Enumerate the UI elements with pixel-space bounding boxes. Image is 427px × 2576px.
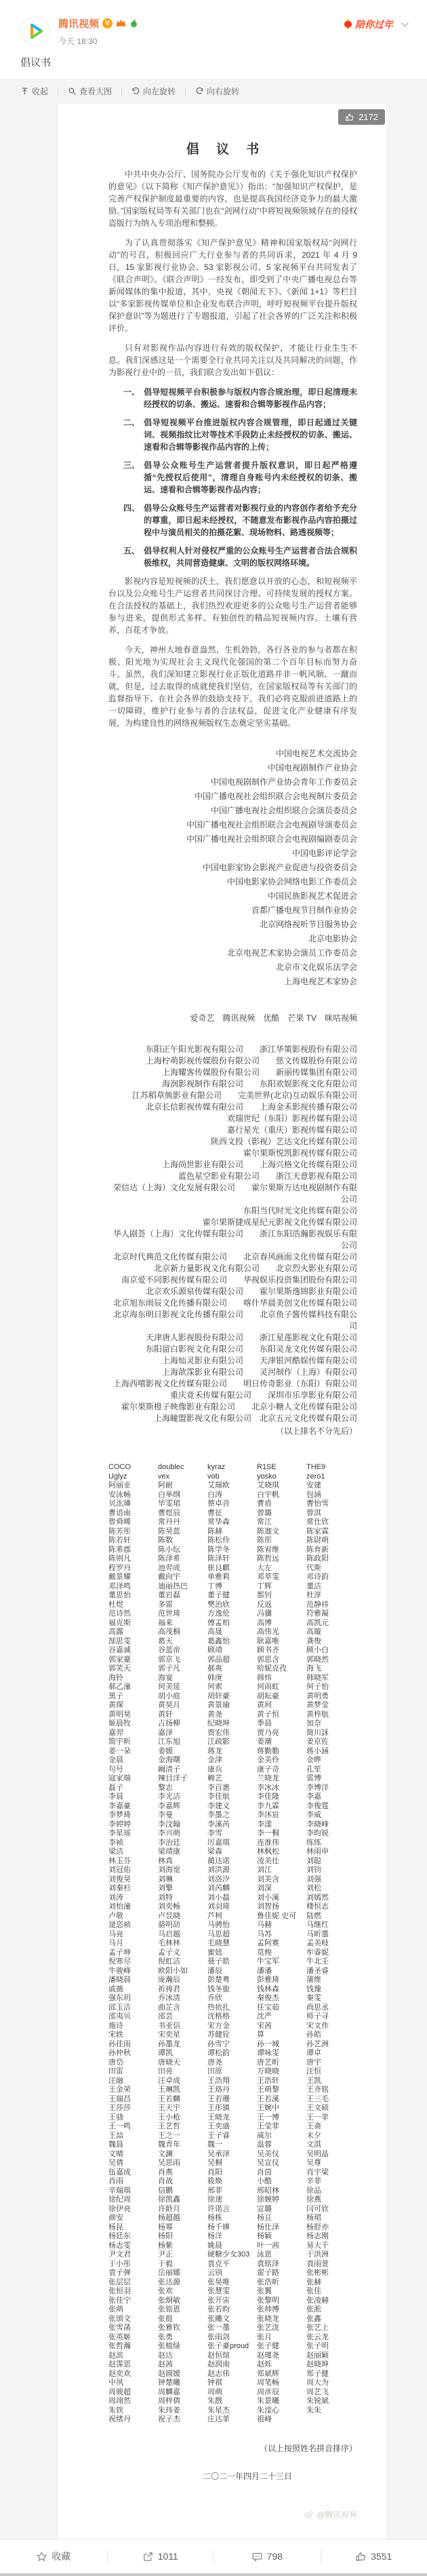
artist-name: 张月 xyxy=(257,2333,306,2343)
artist-name: 马亮 xyxy=(108,1930,158,1940)
thumb-up-icon xyxy=(355,2551,367,2562)
artist-name: 陈赫 xyxy=(207,1527,257,1537)
artist-name: 张英姬 xyxy=(108,2333,158,2343)
artist-name: 刘奕畅 xyxy=(158,1902,207,1912)
letter-page: 倡 议 书 中共中央办公厅、国务院办公厅发布的《关于强化知识产权保护的意见》（以… xyxy=(58,104,386,2539)
artist-name: 吴美仪 xyxy=(257,2150,306,2160)
artist-name: 李建义 xyxy=(207,1802,257,1812)
artist-name: 尹文君 xyxy=(108,2250,158,2260)
company-name-line: 霍尔果斯悦凯影视传媒有限公司 xyxy=(108,1148,357,1159)
artist-name: 岳丽娜 xyxy=(158,2269,207,2278)
artist-name: 林真 xyxy=(158,1857,207,1867)
artist-name: 海飞 xyxy=(306,1664,356,1674)
artist-name: 辣目洋子 xyxy=(158,1774,207,1784)
artist-name: 王莹菲 xyxy=(257,2122,306,2132)
artist-name: 赵圆媛 xyxy=(158,2370,207,2379)
company-name-line: 重庆竟禾传媒有限公司 深圳市乐享影业有限公司 xyxy=(108,1390,357,1401)
artist-name: 魏青年 xyxy=(158,2141,207,2150)
artist-name: 于洪洲 xyxy=(306,2250,356,2260)
toolbar-divider xyxy=(185,87,186,96)
toolbar-divider xyxy=(121,87,122,96)
artist-name: 刘钧 xyxy=(306,1866,356,1875)
artist-name: 许诺言 xyxy=(207,2205,257,2214)
artist-name: 蔡卓音 xyxy=(207,1500,257,1509)
artist-name: 高凯元 xyxy=(306,1619,356,1628)
artist-name: 辛瑞琪 xyxy=(108,2187,158,2196)
artist-name: 周彦辰 xyxy=(257,2388,306,2398)
association-name: 北京市文化娱乐法学会 xyxy=(108,960,357,975)
artist-name: 冯骥 xyxy=(257,1609,306,1619)
artist-name: 钟祺 xyxy=(207,2379,257,2388)
artist-name: 张艺上 xyxy=(306,2324,356,2333)
artist-name: 都钊 xyxy=(257,1591,306,1601)
artist-name: 樊治欣 xyxy=(207,1601,257,1610)
artist-name: 张彬彬 xyxy=(306,2269,356,2278)
artist-name: 高露 xyxy=(108,1628,158,1637)
artist-name: 郭京飞 xyxy=(158,1656,207,1665)
artist-name: 朱星杰 xyxy=(207,2406,257,2416)
artist-name: 邱玉洁 xyxy=(108,2004,158,2013)
artist-name: 温蓉 xyxy=(257,2141,306,2150)
artist-name-grid: COCOdoubleckyrazR1SETHE9Uglyzvexvobyosko… xyxy=(108,1463,357,2425)
artist-name: 未夕 xyxy=(306,2132,356,2141)
artist-name: 赵润南 xyxy=(207,2360,257,2370)
artist-name: 钟楚曦 xyxy=(158,2379,207,2388)
artist-name: 顾小白 xyxy=(306,1646,356,1656)
artist-name: 陈数 xyxy=(158,1536,207,1546)
artist-name: 陈彤 xyxy=(257,1536,306,1546)
artist-name: 王婉中 xyxy=(257,2104,306,2113)
artist-name: 大左 xyxy=(257,1564,306,1574)
artist-name: 刘洛汐 xyxy=(207,1875,257,1885)
image-stage: 收起 查看大图 向左旋转 向右旋转 2172 xyxy=(0,79,427,2539)
letter-items: 一、倡导短视频平台积极参与版权内容合规治理，即日起清理未经授权的切条、搬运、速看… xyxy=(108,386,357,569)
artist-name: 张佳 xyxy=(306,2287,356,2297)
letter-item: 四、倡导公众账号生产运营者对影视行业的内容创作者给予充分的尊重，即日起未经授权，… xyxy=(108,502,357,539)
artist-name: 翟子路 xyxy=(257,2269,306,2278)
artist-name: 彭雅琦 xyxy=(257,1976,306,1985)
association-name: 中国广播电视社会组织联合会演员委员会 xyxy=(108,804,357,818)
company-name-line: 陕西文投（影视）艺达文化传媒有限公司 xyxy=(108,1136,357,1148)
artist-name: 肖战 xyxy=(158,2177,207,2187)
artist-name: 施诗 xyxy=(108,2022,158,2031)
repost-button[interactable]: 1011 xyxy=(107,2540,214,2573)
artist-name: 秦雯 xyxy=(306,1994,356,2004)
artist-name: 谷蓝帝 xyxy=(158,1646,207,1656)
letter-paragraphs-bottom: 影视内容是短视频的沃土，我们愿意以开放的心态，和短视频平台以及公众账号生产运营者… xyxy=(108,575,357,729)
letter-item-number: 五、 xyxy=(123,545,140,557)
letter-paragraph: 只有对影视作品内容进行有效的版权保护，才能让行业生生不息。我们深感这是一个需要全… xyxy=(108,342,357,378)
artist-name: 杨志刚 xyxy=(306,2232,356,2242)
artist-name: 孔笙 xyxy=(306,1765,356,1775)
platform-list: 爱奇艺 腾讯视频 优酷 芒果 TV 咪咕视频 xyxy=(108,1012,357,1023)
green-badge-icon xyxy=(129,19,138,28)
artist-name: 黄琛 xyxy=(108,1701,158,1711)
artist-name: 江疏影 xyxy=(207,1738,257,1747)
artist-name: 秦俊杰 xyxy=(257,1994,306,2004)
association-name: 中国电视剧制作产业协会 xyxy=(108,761,357,775)
artist-name: 吴倩 xyxy=(108,2159,158,2168)
artist-name: 戴景耀 xyxy=(108,1573,158,1582)
page-edge-strip xyxy=(0,2573,427,2576)
artist-name: 句号 xyxy=(108,1765,158,1775)
artist-name: 朱玮姜 xyxy=(158,2406,207,2416)
artist-name: 李佳隆 xyxy=(257,1793,306,1802)
artist-name: 简川訸 xyxy=(306,1729,356,1738)
rotate-right-button[interactable]: 向右旋转 xyxy=(195,85,239,97)
artist-name: 王小枪 xyxy=(158,2113,207,2123)
artist-name: zero1 xyxy=(306,1472,356,1482)
artist-name: 刘擎 xyxy=(158,1884,207,1894)
artist-name: 毛晓慧 xyxy=(207,1939,257,1949)
artist-name: 陈泽轩 xyxy=(207,1555,257,1564)
artist-name: 孟子坤 xyxy=(108,1949,158,1958)
artist-name: 徐速 xyxy=(207,2196,257,2205)
author-name[interactable]: 腾讯视频 xyxy=(58,16,99,31)
artist-name: 杜淳 xyxy=(306,1591,356,1601)
artist-name: 陈育新 xyxy=(306,1546,356,1555)
artist-name: 林雨申 xyxy=(306,1848,356,1857)
artist-name: 唐尧 xyxy=(207,2058,257,2068)
artist-name: 孙一城 xyxy=(257,2040,306,2050)
artist-name: 吴尊 xyxy=(306,2159,356,2168)
artist-name: 迪丽热巴 xyxy=(158,1582,207,1592)
artist-name: 张昊唯 xyxy=(207,2278,257,2288)
artist-name: 颜安 xyxy=(108,2214,158,2223)
artist-name: 张萌 xyxy=(108,2305,158,2315)
association-name: 中国民族影视艺术促进会 xyxy=(108,889,357,903)
artist-name: 卢昱晓 xyxy=(158,1912,207,1921)
artist-name: 文淇 xyxy=(306,2141,356,2150)
artist-name: 张恒羽 xyxy=(108,2287,158,2297)
artist-name: 吴思雨 xyxy=(158,2159,207,2168)
view-large-button[interactable]: 查看大图 xyxy=(68,85,112,97)
artist-name: 张凌赫 xyxy=(306,2297,356,2306)
chevron-down-icon[interactable] xyxy=(400,19,409,31)
artist-name: 孙艺洲 xyxy=(306,2040,356,2050)
artist-name: 毕雯珺 xyxy=(158,1500,207,1509)
artist-name: 文澜 xyxy=(158,2150,207,2160)
artist-name: 杨志雯 xyxy=(108,2242,158,2251)
artist-name: 李祯 xyxy=(108,1839,158,1848)
artist-name: 汪卓成 xyxy=(158,2077,207,2086)
artist-name: 赵晓坤 xyxy=(306,2360,356,2370)
artist-name: 蒋小涵 xyxy=(306,1747,356,1757)
artist-name: 李墨之 xyxy=(207,1811,257,1820)
artist-name: 海铃 xyxy=(108,1674,158,1683)
artist-name: 曲芷含 xyxy=(158,2004,207,2013)
company-name-line: 上海耀客传媒股份有限公司 新丽传媒集团有限公司 xyxy=(108,1067,357,1078)
artist-name: 董子健 xyxy=(207,1591,257,1601)
artist-name: 黄昊月 xyxy=(158,1701,207,1711)
artist-name: 强东玥 xyxy=(108,1994,158,2004)
artist-name: 信鹏 xyxy=(158,2187,207,2196)
company-name-line: 欢瑞世纪（东阳）影视传媒有限公司 xyxy=(108,1113,357,1125)
artist-name: 刘俊昊 xyxy=(108,1875,158,1885)
companies-note: （以上排名不分先后） xyxy=(108,1426,357,1437)
artist-name: 刘松 xyxy=(306,1884,356,1894)
artist-name: 王珞丹 xyxy=(207,2086,257,2095)
artist-name: 简宇昕 xyxy=(108,1738,158,1747)
artist-name: 于小彤 xyxy=(108,2260,158,2269)
artist-name: 张铭恩 xyxy=(158,2305,207,2315)
artist-name: 杨超越 xyxy=(158,2214,207,2223)
artist-name: 姜一朵 xyxy=(108,1747,158,1757)
watermark: @腾讯视频 xyxy=(108,2509,357,2520)
promo-badge[interactable]: 陪你过年 xyxy=(343,18,393,31)
favorite-button[interactable]: 收藏 xyxy=(0,2540,107,2573)
artist-name: 加奈 xyxy=(306,1719,356,1729)
artist-name: 李光洁 xyxy=(158,1793,207,1802)
artist-name: 王若麟 xyxy=(158,2095,207,2105)
artist-name: 邢菲 xyxy=(207,2187,257,2196)
artist-name: 算 xyxy=(257,2031,306,2040)
artist-name: 陈家霖 xyxy=(306,1527,356,1537)
artist-name: 曹征 xyxy=(207,1509,257,1519)
artist-name: 包涵 xyxy=(306,1491,356,1500)
company-list: 东阳正午阳光影视有限公司 浙江华策影视股份有限公司上海柠萌影视传媒股份有限公司 … xyxy=(108,1044,357,1424)
artist-name: 邓泽鸣 xyxy=(108,1582,158,1592)
artist-name: 赖艺 xyxy=(207,1774,257,1784)
artist-name: 邓诗韵 xyxy=(306,1573,356,1582)
artist-name: 高博 xyxy=(257,1619,306,1628)
like-button[interactable]: 3551 xyxy=(321,2540,427,2573)
artist-name: 林玉芬 xyxy=(108,1857,158,1867)
artist-name: 唐晓天 xyxy=(158,2058,207,2068)
artist-name: 孟阿赛 xyxy=(257,1939,306,1949)
artist-name: 何子怡 xyxy=(306,1683,356,1692)
rotate-left-button[interactable]: 向左旋转 xyxy=(131,85,176,97)
artist-name: 吴明晶 xyxy=(306,2150,356,2160)
artist-name: 杨颖 xyxy=(257,2232,306,2242)
artist-name: 白举纲 xyxy=(158,1491,207,1500)
letter-item: 三、倡导公众账号生产运营者提升版权意识，即日起严格遵循“先授权后使用”，清理自身… xyxy=(108,459,357,496)
post-text: 倡议书 xyxy=(0,47,427,79)
artist-name: 黄子恒 xyxy=(257,1711,306,1720)
artist-name: 张淞 xyxy=(306,2305,356,2315)
artist-name: 杨幂 xyxy=(158,2223,207,2233)
artist-name: 王骁 xyxy=(108,2113,158,2123)
artist-name: 宋茜 xyxy=(257,2022,306,2031)
artist-name: 嘉泽 xyxy=(158,1729,207,1738)
letter-paragraph: 为了认真贯彻落实《知产保护意见》精神和国家版权局“剑网行动”的号召，积极回应广大… xyxy=(108,237,357,334)
association-name: 中国电影家协会影视产业促进与投资委员会 xyxy=(108,861,357,875)
artist-name: 魏晨 xyxy=(108,2141,158,2150)
artist-name: 孟子义 xyxy=(158,1949,207,1958)
artist-name: 常丹丹 xyxy=(158,1518,207,1527)
image-like-pill[interactable]: 2172 xyxy=(338,109,385,125)
artist-name: 陈昊蓝 xyxy=(158,1527,207,1537)
artist-name: 任宝茹 xyxy=(257,2004,306,2013)
artist-name: 赵奕欢 xyxy=(108,2370,158,2379)
artist-name: 高茂桐 xyxy=(158,1628,207,1637)
artist-name: 李博洋 xyxy=(306,1784,356,1793)
artist-name: 刘江 xyxy=(257,1866,306,1875)
artist-name: 杨昆 xyxy=(108,2223,158,2233)
artist-name: 何索 xyxy=(207,1683,257,1692)
artist-name: 乔欣 xyxy=(207,1994,257,2004)
artist-name: 常江 xyxy=(257,1518,306,1527)
artist-name: 张雅钦 xyxy=(158,2324,207,2333)
letter-date: 二〇二一年四月二十三日 xyxy=(108,2470,357,2482)
artist-name: 高晟 xyxy=(207,1628,257,1637)
artist-name: 杨舒亦 xyxy=(306,2223,356,2233)
association-name: 上海电视艺术家协会 xyxy=(108,975,357,989)
repost-count: 1011 xyxy=(158,2551,178,2562)
weibo-logo-icon xyxy=(304,2510,314,2518)
thumb-up-icon xyxy=(345,113,354,122)
artist-name: 张晓龙 xyxy=(257,2315,306,2324)
artist-name: 彭楚粤 xyxy=(207,1976,257,1985)
artist-name: 刘怡潼 xyxy=(108,1902,158,1912)
artist-name: 易大千 xyxy=(306,2242,356,2251)
artist-name: 魏一 xyxy=(207,2141,257,2150)
artist-name: 吴桐 xyxy=(207,2159,257,2168)
artist-name: 杨洋 xyxy=(207,2232,257,2242)
rotate-right-icon xyxy=(195,87,204,96)
artist-name: 王若珊 xyxy=(207,2095,257,2105)
artist-name: 王天宇 xyxy=(158,2104,207,2113)
artist-name: 楼恒志 xyxy=(306,1902,356,1912)
artist-name: 李晓峰 xyxy=(306,1820,356,1830)
artist-name: 丁博 xyxy=(207,1582,257,1592)
artist-name: 林枫松 xyxy=(257,1848,306,1857)
company-name-line: 霍尔果斯橙子映像影业有限公司 北京小糖人文化传媒有限公司 xyxy=(108,1401,357,1413)
artist-name: 雷博 xyxy=(306,1774,356,1784)
artist-name: 赵茜 xyxy=(158,2360,207,2370)
artist-name: 曾璐 xyxy=(257,1509,306,1519)
artist-name: 牛宝军 xyxy=(257,1957,306,1967)
company-name-line: 上海柠萌影视传媒股份有限公司 慈文传媒股份有限公司 xyxy=(108,1055,357,1067)
artist-name: 高璇 xyxy=(306,1628,356,1637)
artist-name: 谷嘉诚 xyxy=(108,1646,158,1656)
artist-name: 汪融 xyxy=(108,2077,158,2086)
artist-name: 闫可欣 xyxy=(306,2205,356,2214)
artist-name: 黄景瑜 xyxy=(207,1701,257,1711)
artist-name: 福来 xyxy=(158,1619,207,1628)
artist-name: 赵滨 xyxy=(108,2351,158,2361)
artist-name: 董洁 xyxy=(306,1582,356,1592)
artist-name: 姬晨牧 xyxy=(108,1719,158,1729)
artist-name: 贾乃亮 xyxy=(257,1729,306,1738)
artist-name: 王彤镇 xyxy=(207,2104,257,2113)
artist-name: 安泳畅 xyxy=(108,1491,158,1500)
post-time: 今天 18:30 xyxy=(58,35,343,47)
artist-name: 朱戬 xyxy=(207,2397,257,2406)
artist-name: 孟美岐 xyxy=(306,1939,356,1949)
company-name-line: 天津唐人影视股份有限公司 浙江星莲影视文化有限公司 xyxy=(108,1332,357,1344)
artist-name: 孙墨龙 xyxy=(158,2040,207,2050)
artist-name: 张云龙 xyxy=(306,2333,356,2343)
collapse-icon xyxy=(20,87,29,96)
company-name-line: 荣信达（上海）文化发展有限公司 霍尔果斯万达电视剧制作有限公司 xyxy=(108,1182,357,1205)
letter-paragraph: 影视内容是短视频的沃土，我们愿意以开放的心态，和短视频平台以及公众账号生产运营者… xyxy=(108,575,357,636)
artist-name: 王浩翔 xyxy=(207,2077,257,2086)
artist-name: 王之一 xyxy=(158,2132,207,2141)
artist-name: 谭松韵 xyxy=(207,2049,257,2058)
artist-name: 骆明劼 xyxy=(158,1921,207,1930)
artist-name: 李治廷 xyxy=(158,1839,207,1848)
artist-name: 陈宥维 xyxy=(257,1546,306,1555)
artist-name: 莫梭 xyxy=(257,1949,306,1958)
collapse-button[interactable]: 收起 xyxy=(20,85,48,97)
artist-name: 艾瑞欧 xyxy=(207,1481,257,1491)
artist-name: 威尔 xyxy=(257,2132,306,2141)
artist-name: 周萌 xyxy=(207,2388,257,2398)
company-name-line: 北京欢乐源泉传媒有限公司 霍尔果斯逸锦影业有限公司 xyxy=(108,1286,357,1297)
artist-name: 张赫 xyxy=(306,2278,356,2288)
artist-name: 李星瑶 xyxy=(108,1829,158,1839)
company-name-line: 北京新力量影视文化有限公司 北京烈火影业有限公司 xyxy=(108,1263,357,1274)
artist-name: 孙佳雨 xyxy=(108,2040,158,2050)
artist-name: 磊子 xyxy=(108,1784,158,1793)
action-bar: 收藏 1011 798 3551 xyxy=(0,2539,427,2573)
artist-name: 曾舜晞 xyxy=(108,1518,158,1527)
artist-name: 刘智扬 xyxy=(257,1902,306,1912)
artist-name: 倪寒尽 xyxy=(108,1957,158,1967)
artist-name: 蔺达诺 xyxy=(207,1857,257,1867)
artist-name: 郭子凡 xyxy=(158,1664,207,1674)
artist-name: 李晨 xyxy=(108,1793,158,1802)
artist-name: 阿丽亚 xyxy=(108,1481,158,1491)
artist-name: 祖峰 xyxy=(257,2415,306,2425)
artist-name: 李漾 xyxy=(257,1820,306,1830)
artist-name: 周艺飞 xyxy=(306,2388,356,2398)
artist-name: 赵达 xyxy=(158,2351,207,2361)
artist-name: 刘美含 xyxy=(257,1875,306,1885)
artist-name: 张植绿 xyxy=(158,2342,207,2351)
artist-name: 金晨 xyxy=(108,1756,158,1765)
artist-name: 王萌黎 xyxy=(257,2086,306,2095)
artist-name: 刘海宽 xyxy=(158,1866,207,1875)
artist-name: 曾淇 xyxy=(306,1509,356,1519)
artist-name: 田原 xyxy=(207,2067,257,2077)
letter-image[interactable]: 2172 倡 议 书 中共中央办公厅、国务院办公厅发布的《关于强化知识产权保护的… xyxy=(0,104,427,2539)
artist-name: 袁雨萱 xyxy=(306,2260,356,2269)
artist-name: 潘晓晨 xyxy=(108,1976,158,1985)
artist-name: 潘圣睿 xyxy=(306,1967,356,1976)
magnifier-icon xyxy=(68,87,77,96)
artist-name: 万晓晓 xyxy=(257,2067,306,2077)
comment-button[interactable]: 798 xyxy=(213,2540,321,2573)
artist-name: 刘深 xyxy=(257,1884,306,1894)
artist-name: 唐岱 xyxy=(108,2058,158,2068)
artist-name: 程罗丹 xyxy=(108,1564,158,1574)
artist-name: 季晨 xyxy=(257,1719,306,1729)
artist-name: 徐燕 xyxy=(306,2196,356,2205)
artist-name: 刘小溪 xyxy=(257,1894,306,1903)
artist-name: 高伟光 xyxy=(257,1628,306,1637)
artist-name: 董岩磊 xyxy=(158,1591,207,1601)
artist-name: 热依扎 xyxy=(207,2004,257,2013)
artist-name: 姜潮 xyxy=(257,1738,306,1747)
artist-name: 尹正 xyxy=(158,2250,207,2260)
artist-name: 白涛 xyxy=(207,1491,257,1500)
artist-name: 韩炜 xyxy=(257,1674,306,1683)
avatar[interactable] xyxy=(20,16,50,46)
artist-name: 刘特 xyxy=(158,1894,207,1903)
artist-name: 李兴萌 xyxy=(158,1829,207,1839)
artist-name: 张艺泷 xyxy=(257,2324,306,2333)
artist-name: 傅孟柏 xyxy=(207,1619,257,1628)
artist-name: 常华森 xyxy=(207,1518,257,1527)
artist-name: 姜京佐 xyxy=(306,1738,356,1747)
comment-icon xyxy=(251,2551,263,2562)
artist-name: 董思怡 xyxy=(108,1591,158,1601)
artist-name: 葛天 xyxy=(158,1637,207,1647)
artist-name: 田雷 xyxy=(108,2067,158,2077)
rotate-left-icon xyxy=(131,87,140,96)
